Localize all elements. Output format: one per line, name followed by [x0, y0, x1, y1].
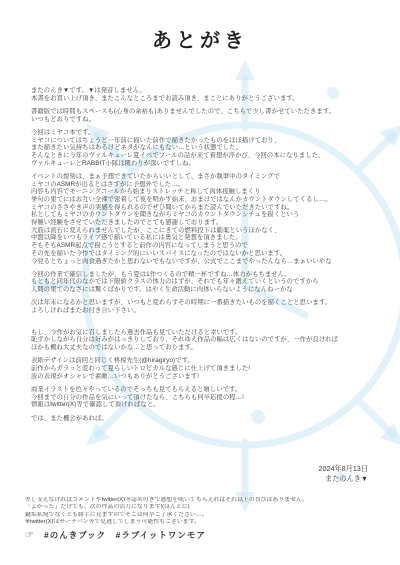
text-line: またのんき▼です。▼は発音しません。 [31, 87, 378, 95]
text-line: また描きたい気持ちはあるけどネタがなんにもない…という状態でした。 [31, 144, 378, 152]
text-line: 今回までの自分の作品を気にいって頂けたなら、こちらも何卒応援の程…! [31, 394, 378, 402]
text-line: 鍵垢私宛でなくとも勝手に見ますのでそこは何卒ご了承ください…。 [25, 512, 382, 519]
text-line: 大筋は流石に変えられませんでしたが、ここにきての燃料投下は劇薬というほかなく、 [31, 227, 378, 235]
text-line: そんなときに今年のヴァルキューレ夏イベでプールの話が来て着想が浮かび、今回の本に… [31, 152, 378, 160]
publish-date: 2024年8月13日 [318, 464, 368, 474]
footer: 差し支えなければコメントやtwitter(X)等誌名付きで感想を呟いてもらえれば… [25, 497, 382, 541]
text-line: 表紙デザインは前回と同じく柊椋先生(@hiragiryo)です。 [31, 357, 378, 365]
text-line: ヴァルキューレとRABBIT小隊は関わりが深いですしね。 [31, 160, 378, 168]
afterword-content: あとがき またのんき▼です。▼は発音しません。本書をお買い上げ頂き、またこんなと… [0, 0, 400, 422]
footer-notes: 差し支えなければコメントやtwitter(X)等誌名付きで感想を呟いてもらえれば… [25, 497, 382, 526]
page-title: あとがき [0, 0, 400, 53]
hashtag-line: ☞ #のんきブック #ラブイットワンモア [25, 529, 382, 541]
text-line: 波の表現がオシャレで素敵…いつもありがとうございます! [31, 373, 378, 381]
paragraph-asmr-event: イベントの復刻は、まぁ予想できていたからいいとして、まさか執筆中のタイミングでミ… [31, 173, 378, 265]
text-line: もし、今作がお気に召しましたら過去作品も見ていただけると幸いです。 [31, 329, 378, 337]
text-line: 恥ずかしながら自分は好みがはっきりしており、それゆえ作品の幅は広くはないのですが… [31, 336, 378, 344]
hashtags-text: #のんきブック #ラブイットワンモア [44, 529, 206, 541]
text-line: そもそもASMR起点で描こうとすると前作の内容になってしまうと思うので [31, 242, 378, 250]
paragraph-stamina: 今回の作業で確信しましたが、もう夏は1作つくるので精一杯ですね…体力がもちません… [31, 271, 378, 294]
author-signature: またのんき▼ [318, 474, 368, 484]
text-line: 次は年末になるかと思いますが、いつもと変わらずその時期に一番描きたいものを描くこ… [31, 299, 378, 307]
text-line: 挙句の果てにはお互い全裸で密着して夜を明かす始末、おまけではなんかカウントダウン… [31, 196, 378, 204]
text-line: 差し支えなければコメントやtwitter(X)等誌名付きで感想を呟いてもらえれば… [25, 497, 382, 504]
text-line: 前作からガラッと変わって夏らしいトロピカルな感じに仕上げて頂きました! [31, 365, 378, 373]
text-line: イベントの復刻は、まぁ予想できていたからいいとして、まさか執筆中のタイミングで [31, 173, 378, 181]
text-line: 商業イラストを色々やっているのでそっちも見てもらえると嬉しいです。 [31, 386, 378, 394]
afterword-body: またのんき▼です。▼は発音しません。本書をお買い上げ頂き、またこんなところまでお… [0, 53, 400, 422]
paragraph-book-concept: 今回はミヤコ本です。ミヤコについてはちょうど一年前に描いた前作で描きたかったもの… [31, 129, 378, 168]
text-line: ミヤコについてはちょうど一年前に描いた前作で描きたかったものをほぼ描けており、 [31, 137, 378, 145]
text-line: 得難い経験をさせていただきましたのでとても感謝しております。 [31, 219, 378, 227]
text-line: 私としてもミヤコのカウントダウンを聞きながらミヤコのカウントダウンシチュを描くと… [31, 211, 378, 219]
text-line: 今回はミヤコ本です。 [31, 129, 378, 137]
text-line: いつもどおりですね。 [31, 116, 378, 124]
paragraph-cover-design: 表紙デザインは前回と同じく柊椋先生(@hiragiryo)です。前作からガラッと… [31, 357, 378, 380]
text-line: では、また機会があれば。 [31, 415, 378, 423]
afterword-page: あとがき またのんき▼です。▼は発音しません。本書をお買い上げ頂き、またこんなと… [0, 0, 400, 565]
text-line: ほかも概ね大丈夫なのではないかな…と思っております。 [31, 344, 378, 352]
text-line: ミヤコのささやき声の実感を得られるのでぜひ聞いてからまた読んでいただきたいですね… [31, 204, 378, 212]
text-line: 中盤以降をいつもライブ感で描いている私には勇気と発想を頂きました。 [31, 234, 378, 242]
text-line: もともと同年代のなかでは下限値クラスの体力のはずが、それでも年々鍛えていくという… [31, 278, 378, 286]
text-line: ※twitter(X)はサーチバン等で見逃してしまう可能性もございます。 [25, 519, 382, 526]
paragraph-commercial: 商業イラストを色々やっているのでそっちも見てもらえると嬉しいです。今回までの自分… [31, 386, 378, 409]
text-line: 本書をお買い上げ頂き、またこんなところまでお読み頂き、まことにありがとうございま… [31, 95, 378, 103]
text-line: 内容も内容でモーニングコールから始まりストレッチと称して肉体接触しまくり [31, 188, 378, 196]
paragraph-next-work: 次は年末になるかと思いますが、いつもと変わらずその時期に一番描きたいものを描くこ… [31, 299, 378, 314]
text-line: 書籍版では時間もスペースも(心身の余裕も)ありませんでしたので、こちらで少し書か… [31, 108, 378, 116]
text-line: 今回の作業で確信しましたが、もう夏は1作つくるので精一杯ですね…体力がもちません… [31, 271, 378, 279]
date-signature-block: 2024年8月13日 またのんき▼ [318, 464, 368, 484]
text-line: 「よかった」だけでも、次の作品の活力になります!(ほんとに) [25, 504, 382, 511]
text-line: ミヤコのASMRが出るとはさすがに予想外でした…。 [31, 181, 378, 189]
text-line: 今見るとちょっと肉食過ぎたかと思わないでもないですが、公式でここまでやったんなら… [31, 258, 378, 266]
text-line: 情報はtwitter(X)等で確認して頂ければなと。 [31, 401, 378, 409]
paragraph-greeting: またのんき▼です。▼は発音しません。本書をお買い上げ頂き、またこんなところまでお… [31, 87, 378, 102]
text-line: よろしければまたお付き合い下さい。 [31, 307, 378, 315]
paragraph-farewell: では、また機会があれば。 [31, 415, 378, 423]
text-line: その先を描いた今作ではタイミング的にいいスパイスになったのではないかと思います。 [31, 250, 378, 258]
pointing-hand-icon: ☞ [25, 530, 35, 541]
text-line: 人間の果てのなさには驚くばかりです。はやく生命活動に肉体いらないようになんねーか… [31, 286, 378, 294]
paragraph-past-works: もし、今作がお気に召しましたら過去作品も見ていただけると幸いです。恥ずかしながら… [31, 329, 378, 352]
paragraph-intro: 書籍版では時間もスペースも(心身の余裕も)ありませんでしたので、こちらで少し書か… [31, 108, 378, 123]
